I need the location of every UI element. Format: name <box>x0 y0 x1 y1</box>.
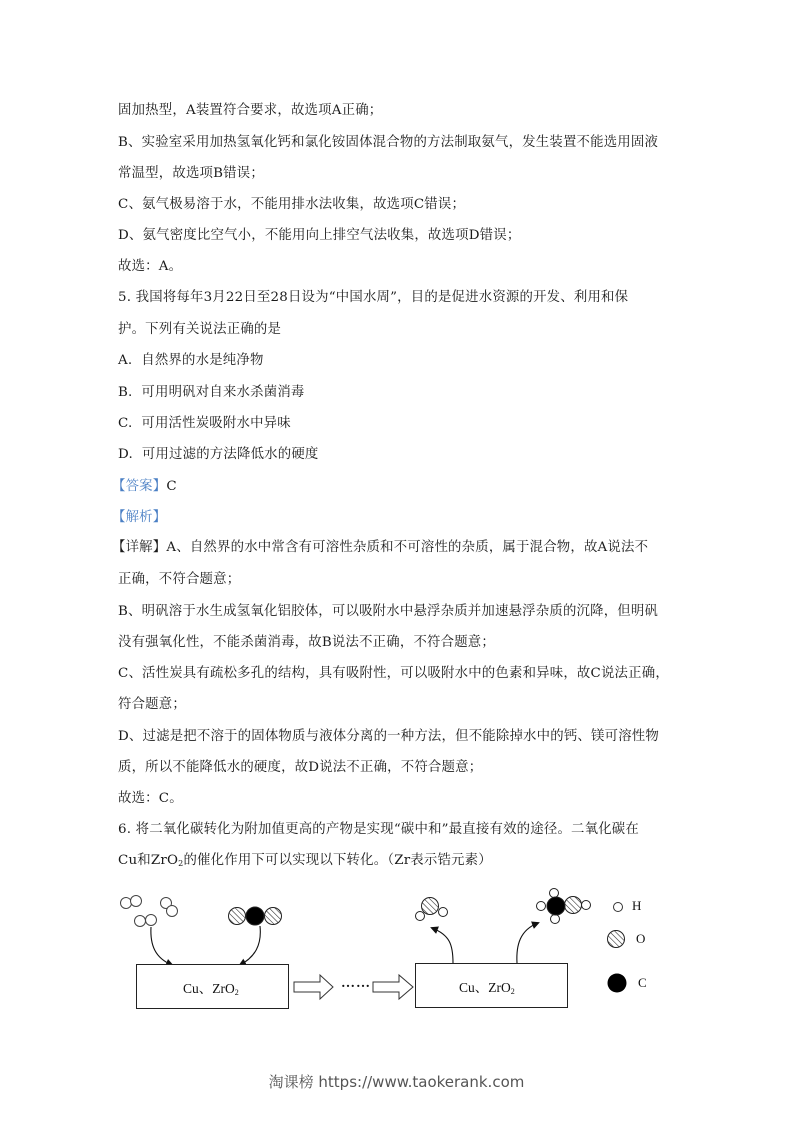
h2-molecule-icon <box>121 896 142 909</box>
detail-conclusion: 故选：C。 <box>118 790 683 808</box>
question-6-stem: 6. 将二氧化碳转化为附加值更高的产物是实现“碳中和”最直接有效的途径。二氧化碳… <box>118 821 683 839</box>
option-c-label: C. <box>118 416 132 431</box>
ch3oh-molecule-icon <box>537 889 591 924</box>
arrow-in-icon <box>240 926 260 965</box>
detail-d-line-2: 质，所以不能降低水的硬度，故D说法不正确，不符合题意； <box>118 759 683 777</box>
catalyst-box-1 <box>137 965 289 1009</box>
answer-value: C <box>166 479 176 494</box>
subscript: 2 <box>511 987 515 996</box>
catalyst-label-1: Cu、ZrO2 <box>183 977 239 997</box>
legend-c-icon <box>608 974 627 993</box>
stem-text-post: 的催化作用下可以实现以下转化。（Zr表示锆元素） <box>183 853 491 868</box>
detail-c-line-1: C、活性炭具有疏松多孔的结构，具有吸附性，可以吸附水中的色素和异味，故C说法正确… <box>118 665 683 683</box>
text-line: 常温型，故选项B错误； <box>118 165 683 183</box>
legend-h-label: H <box>632 898 641 914</box>
text-line: 固加热型，A装置符合要求，故选项A正确； <box>118 102 683 120</box>
option-c-text: 可用活性炭吸附水中异味 <box>141 416 291 431</box>
catalyst-text: Cu、ZrO <box>459 980 511 995</box>
legend-o-icon <box>608 931 625 948</box>
legend-c-label: C <box>638 975 647 991</box>
document-page: 固加热型，A装置符合要求，故选项A正确； B、实验室采用加热氢氧化钙和氯化铵固体… <box>0 0 793 1122</box>
detail-d-line-1: D、过滤是把不溶于的固体物质与液体分离的一种方法，但不能除掉水中的钙、镁可溶性物 <box>118 728 683 746</box>
arrow-out-icon <box>432 928 453 963</box>
h2-molecule-icon <box>135 915 157 927</box>
question-5-stem: 5. 我国将每年3月22日至28日设为“中国水周”，目的是促进水资源的开发、利用… <box>118 289 683 307</box>
option-d: D. 可用过滤的方法降低水的硬度 <box>118 446 683 464</box>
option-a: A. 自然界的水是纯净物 <box>118 352 683 370</box>
detail-tag: 【详解】 <box>112 540 166 555</box>
subscript: 2 <box>235 988 239 997</box>
legend-o-label: O <box>636 931 645 947</box>
option-d-text: 可用过滤的方法降低水的硬度 <box>142 447 319 462</box>
text-line: 故选：A。 <box>118 258 683 276</box>
stem-text-pre: Cu和ZrO <box>118 853 178 868</box>
text-line: C、氨气极易溶于水，不能用排水法收集，故选项C错误； <box>118 196 683 214</box>
block-arrow-icon <box>294 975 333 999</box>
detail-a-line-2: 正确，不符合题意； <box>118 571 683 589</box>
answer-line: 【答案】C <box>112 478 677 496</box>
option-a-text: 自然界的水是纯净物 <box>141 353 263 368</box>
option-a-label: A. <box>118 353 132 368</box>
option-b-label: B. <box>118 385 133 400</box>
question-5-stem-cont: 护。下列有关说法正确的是 <box>118 321 683 339</box>
detail-b-line-2: 没有强氧化性，不能杀菌消毒，故B说法不正确，不符合题意； <box>118 634 683 652</box>
catalyst-label-2: Cu、ZrO2 <box>459 976 515 996</box>
footer-watermark: 淘课榜 https://www.taokerank.com <box>0 1071 793 1092</box>
option-b-text: 可用明矾对自来水杀菌消毒 <box>141 385 304 400</box>
h2o-molecule-icon <box>416 898 448 921</box>
analysis-line: 【解析】 <box>112 509 677 527</box>
detail-a-text: A、自然界的水中常含有可溶性杂质和不可溶性的杂质，属于混合物，故A说法不 <box>166 540 648 555</box>
co2-molecule-icon <box>229 907 282 925</box>
option-d-label: D. <box>118 447 133 462</box>
detail-a-line-1: 【详解】A、自然界的水中常含有可溶性杂质和不可溶性的杂质，属于混合物，故A说法不 <box>112 539 677 557</box>
question-6-stem-cont: Cu和ZrO2的催化作用下可以实现以下转化。（Zr表示锆元素） <box>118 852 683 873</box>
detail-b-line-1: B、明矾溶于水生成氢氧化铝胶体，可以吸附水中悬浮杂质并加速悬浮杂质的沉降，但明矾 <box>118 603 683 621</box>
legend-h-icon <box>614 903 623 912</box>
arrow-out-icon <box>517 923 538 963</box>
option-c: C. 可用活性炭吸附水中异味 <box>118 415 683 433</box>
catalyst-box-2 <box>416 964 568 1008</box>
option-b: B. 可用明矾对自来水杀菌消毒 <box>118 384 683 402</box>
text-line: D、氨气密度比空气小，不能用向上排空气法收集，故选项D错误； <box>118 227 683 245</box>
arrow-in-icon <box>151 927 172 965</box>
answer-tag: 【答案】 <box>112 479 166 494</box>
analysis-tag: 【解析】 <box>112 510 166 525</box>
detail-c-line-2: 符合题意； <box>118 696 683 714</box>
catalyst-text: Cu、ZrO <box>183 981 235 996</box>
text-line: B、实验室采用加热氢氧化钙和氯化铵固体混合物的方法制取氨气，发生装置不能选用固液 <box>118 134 683 152</box>
block-arrow-icon <box>373 975 413 999</box>
h2-molecule-icon <box>161 898 178 917</box>
process-dots: …… <box>341 976 371 992</box>
